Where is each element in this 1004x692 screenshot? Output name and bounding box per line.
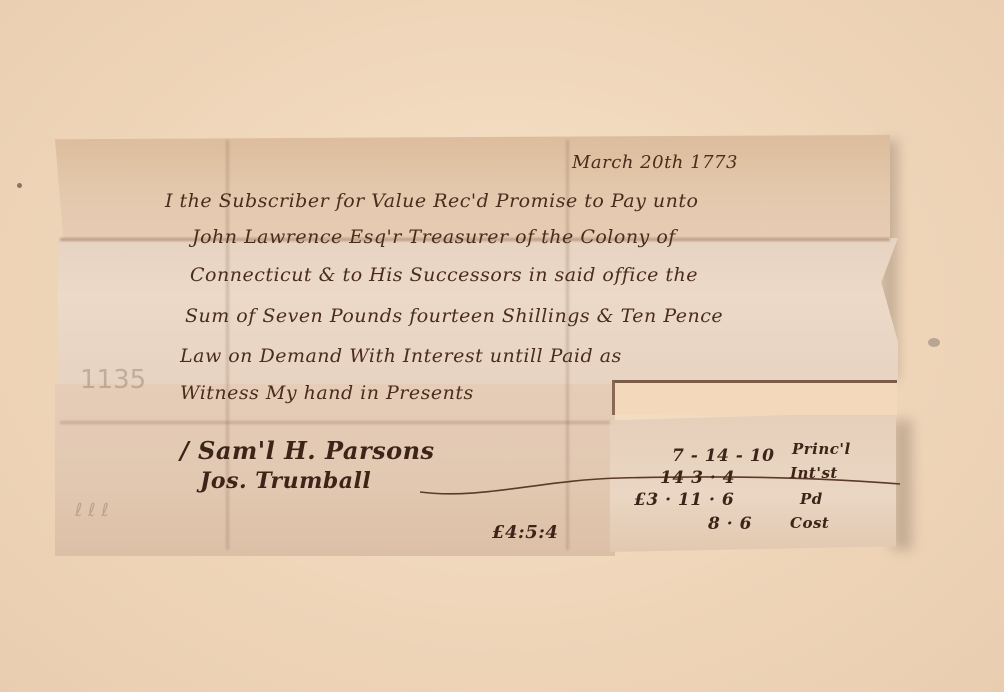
signature-trumball: Jos. Trumball bbox=[200, 468, 371, 494]
paper-panel-top bbox=[55, 135, 890, 240]
account-note: Princ'l bbox=[792, 440, 851, 458]
account-amount: 7 - 14 - 10 bbox=[672, 446, 774, 466]
note-line: Witness My hand in Presents bbox=[180, 382, 474, 404]
account-note: Pd bbox=[800, 490, 823, 508]
account-amount: 14 3 · 4 bbox=[660, 468, 735, 488]
background-speck bbox=[17, 183, 22, 188]
bleed-through-marks: ℓ ℓ ℓ bbox=[75, 500, 109, 521]
note-line: I the Subscriber for Value Rec'd Promise… bbox=[165, 190, 698, 212]
account-amount: £3 · 11 · 6 bbox=[634, 490, 734, 510]
account-amount: 8 · 6 bbox=[708, 514, 752, 534]
bleed-through-marks: 1135 bbox=[80, 365, 146, 395]
note-line: Sum of Seven Pounds fourteen Shillings &… bbox=[185, 305, 723, 327]
note-line: Connecticut & to His Successors in said … bbox=[190, 264, 698, 286]
paper-cutout bbox=[612, 380, 897, 415]
background-speck bbox=[928, 338, 940, 347]
total-amount: £4:5:4 bbox=[492, 522, 558, 543]
fold-crease bbox=[60, 421, 610, 424]
account-note: Cost bbox=[790, 514, 829, 532]
signature-prefix: / bbox=[180, 436, 189, 465]
account-note: Int'st bbox=[790, 464, 838, 482]
note-date: March 20th 1773 bbox=[572, 152, 738, 173]
note-line: John Lawrence Esq'r Treasurer of the Col… bbox=[192, 226, 676, 248]
signature-parsons: Sam'l H. Parsons bbox=[198, 436, 435, 465]
note-line: Law on Demand With Interest untill Paid … bbox=[180, 345, 622, 367]
